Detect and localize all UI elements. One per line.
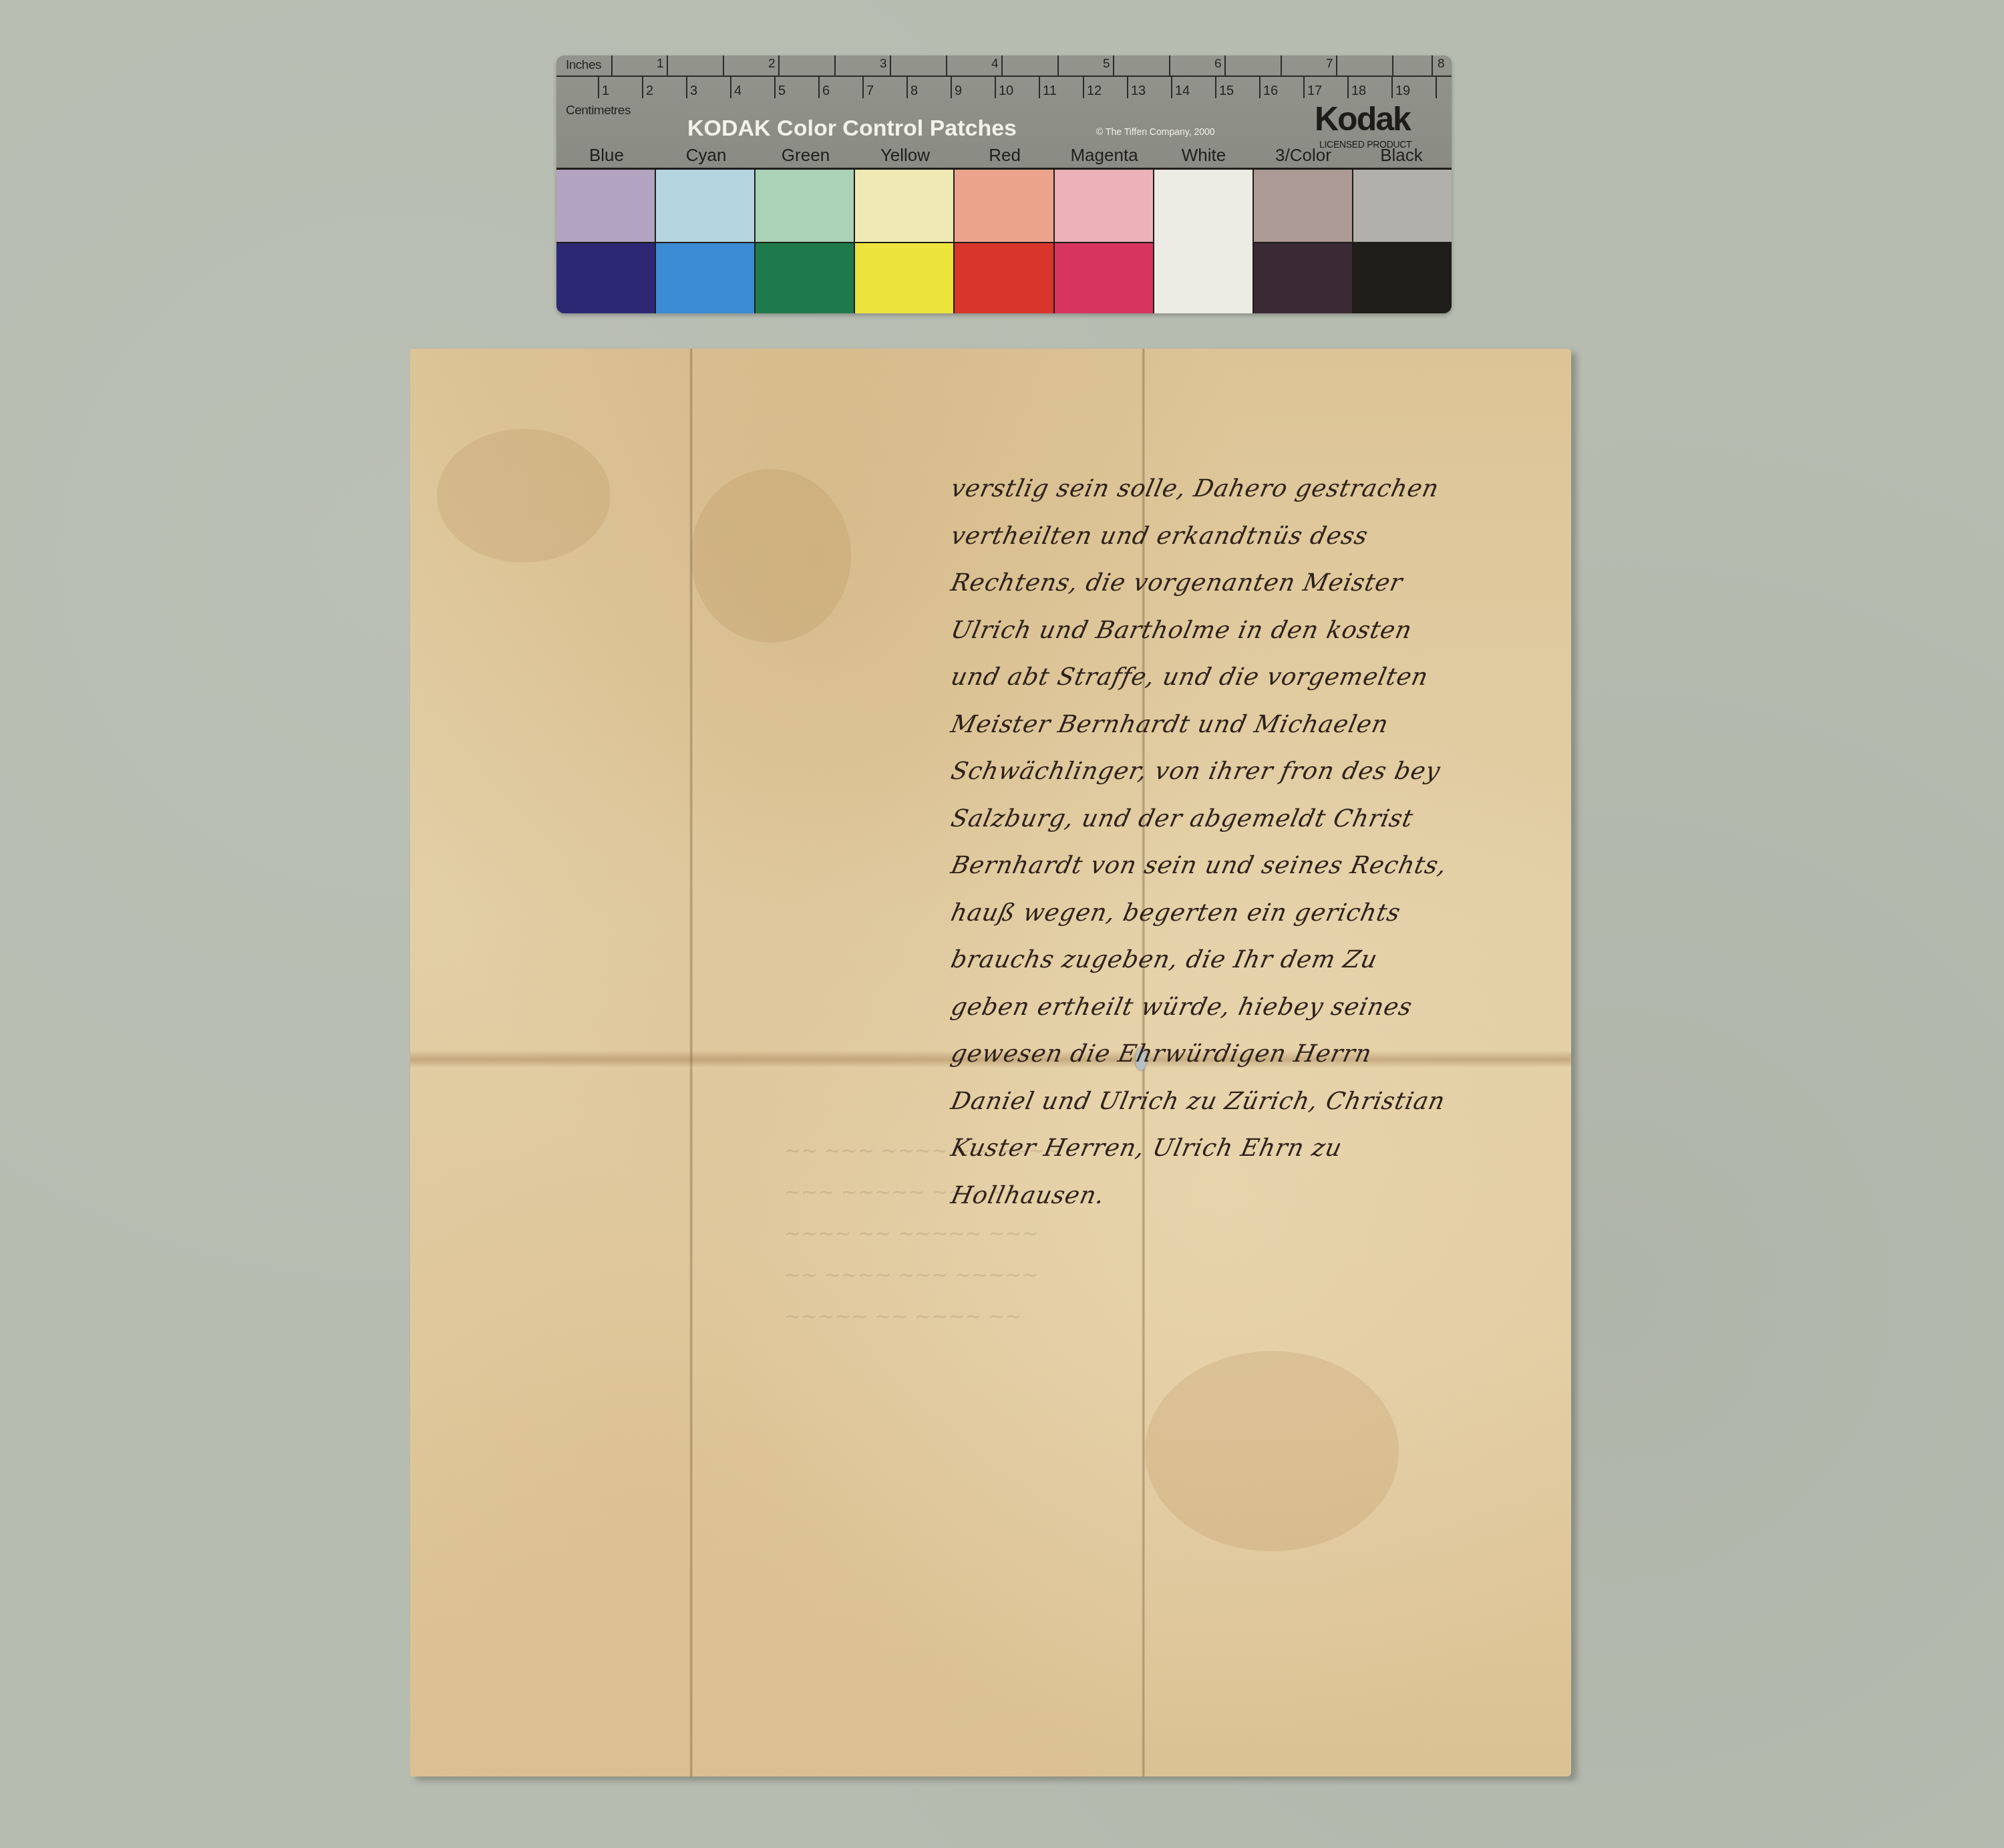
patch-black-light: [1353, 170, 1452, 243]
patch-yellow-dark: [855, 243, 953, 313]
kodak-logo: Kodak: [1315, 100, 1410, 138]
handwritten-line: hauß wegen, begerten ein gerichts: [947, 890, 1544, 937]
inch-mark: 2: [768, 57, 776, 71]
cm-mark: 9: [955, 84, 962, 99]
inch-mark: 3: [880, 57, 887, 71]
patch-column-blue: [556, 170, 656, 313]
cm-mark: 5: [778, 84, 786, 99]
patch-column-white: [1154, 170, 1254, 313]
cm-mark: 15: [1219, 84, 1234, 99]
cm-mark: 7: [866, 84, 874, 99]
cm-mark: 2: [646, 84, 653, 99]
patch-label-blue: Blue: [556, 145, 657, 166]
patch-label-white: White: [1154, 145, 1254, 166]
patch-label-black: Black: [1351, 145, 1452, 166]
ruler-divider: [556, 75, 1452, 77]
patch-column-3color: [1254, 170, 1353, 313]
handwritten-line: Bernhardt von sein und seines Rechts,: [947, 842, 1544, 890]
patch-label-3color: 3/Color: [1253, 145, 1353, 166]
handwritten-line: Daniel und Ulrich zu Zürich, Christian: [947, 1078, 1544, 1126]
handwritten-line: Schwächlinger, von ihrer fron des bey: [947, 748, 1544, 796]
inch-mark: 6: [1214, 57, 1222, 71]
patch-blue-dark: [556, 243, 655, 313]
patch-column-red: [955, 170, 1054, 313]
patch-green-light: [756, 170, 854, 243]
patch-label-red: Red: [955, 145, 1055, 166]
patch-label-magenta: Magenta: [1054, 145, 1154, 166]
patch-black-dark: [1353, 243, 1452, 313]
inch-mark: 5: [1103, 57, 1110, 71]
handwritten-line: geben ertheilt würde, hiebey seines: [947, 984, 1544, 1032]
color-patch-grid: [556, 168, 1452, 313]
cm-mark: 11: [1043, 84, 1057, 99]
cm-mark: 3: [690, 84, 697, 99]
patch-blue-light: [556, 170, 655, 243]
cm-mark: 4: [734, 84, 741, 99]
handwritten-line: verstlig sein solle, Dahero gestrachen: [947, 466, 1544, 513]
handwritten-line: Hollhausen.: [947, 1173, 1544, 1220]
cm-mark: 13: [1131, 84, 1146, 99]
patch-red-dark: [955, 243, 1053, 313]
patch-column-magenta: [1055, 170, 1154, 313]
handwritten-line: Rechtens, die vorgenanten Meister: [947, 560, 1544, 607]
chart-copyright: © The Tiffen Company, 2000: [1096, 126, 1215, 137]
patch-cyan-light: [656, 170, 754, 243]
patch-magenta-light: [1055, 170, 1153, 243]
cm-mark: 19: [1395, 84, 1410, 99]
cm-mark: 6: [822, 84, 830, 99]
handwritten-line: Salzburg, und der abgemeldt Christ: [947, 796, 1544, 843]
handwritten-text-block: verstlig sein solle, Dahero gestrachen v…: [951, 466, 1539, 1219]
inch-mark: 1: [657, 57, 664, 71]
cm-mark: 16: [1263, 84, 1278, 99]
patch-label-cyan: Cyan: [656, 145, 756, 166]
cm-mark: 17: [1307, 84, 1322, 99]
handwritten-line: Meister Bernhardt und Michaelen: [947, 702, 1544, 749]
patch-magenta-dark: [1055, 243, 1153, 313]
patch-white: [1154, 170, 1252, 313]
handwritten-line: gewesen die Ehrwürdigen Herrn: [947, 1031, 1544, 1078]
cm-mark: 14: [1175, 84, 1190, 99]
patch-3color-dark: [1254, 243, 1352, 313]
patch-3color-light: [1254, 170, 1352, 243]
handwritten-line: vertheilten und erkandtnüs dess: [947, 513, 1544, 561]
patch-label-yellow: Yellow: [855, 145, 955, 166]
inch-mark: 7: [1326, 57, 1333, 71]
handwritten-line: Kuster Herren, Ulrich Ehrn zu: [947, 1125, 1544, 1173]
kodak-chart-header: Inches 1 2 3 4 5 6 7 8: [556, 55, 1452, 168]
patch-label-green: Green: [756, 145, 856, 166]
centimetres-label: Centimetres: [566, 104, 631, 118]
inches-label: Inches: [566, 58, 601, 73]
cm-mark: 18: [1351, 84, 1366, 99]
patch-column-green: [756, 170, 855, 313]
patch-column-yellow: [855, 170, 955, 313]
patch-yellow-light: [855, 170, 953, 243]
cm-mark: 8: [910, 84, 918, 99]
cm-mark: 1: [602, 84, 609, 99]
patch-column-black: [1353, 170, 1452, 313]
patch-green-dark: [756, 243, 854, 313]
cm-mark: 12: [1087, 84, 1102, 99]
cm-mark: 10: [999, 84, 1013, 99]
kodak-color-control-chart: Inches 1 2 3 4 5 6 7 8: [556, 55, 1452, 313]
handwritten-line: brauchs zugeben, die Ihr dem Zu: [947, 937, 1544, 984]
historical-document-page: ~~ ~~~ ~~~~ ~~ ~~~~~~~ ~~~~~ ~~ ~~~~~~~~…: [410, 349, 1571, 1777]
patch-column-cyan: [656, 170, 756, 313]
handwritten-line: und abt Straffe, und die vorgemelten: [947, 654, 1544, 702]
chart-title: KODAK Color Control Patches: [687, 116, 1017, 142]
patch-red-light: [955, 170, 1053, 243]
inch-mark: 4: [991, 57, 999, 71]
handwritten-line: Ulrich und Bartholme in den kosten: [947, 607, 1544, 655]
patch-cyan-dark: [656, 243, 754, 313]
inch-mark: 8: [1438, 57, 1445, 71]
